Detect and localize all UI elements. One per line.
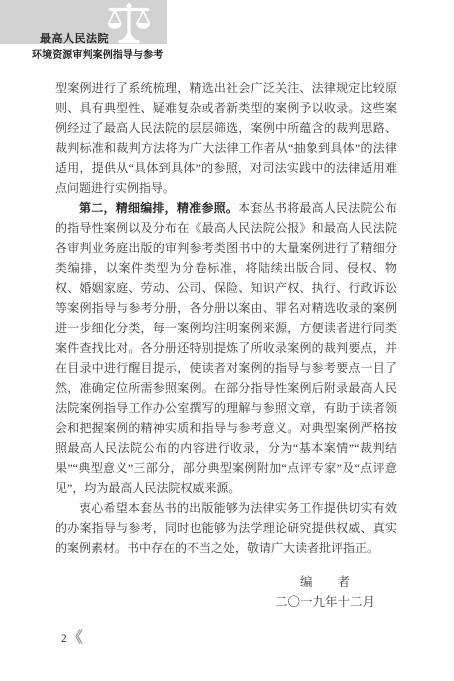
court-name: 最高人民法院: [40, 30, 109, 46]
paragraph-2-lead: 第二，精细编排，精准参照。: [79, 201, 238, 215]
signature-block: 编 者 二〇一九年十二月: [250, 572, 400, 612]
body-text: 型案例进行了系统梳理，精选出社会广泛关注、法律规定比较原则、具有典型性、疑难复杂…: [55, 78, 397, 558]
paragraph-3: 衷心希望本套丛书的出版能够为法律实务工作提供切实有效的办案指导与参考，同时也能够…: [55, 498, 397, 558]
signature-date: 二〇一九年十二月: [250, 592, 400, 612]
paragraph-2: 第二，精细编排，精准参照。本套丛书将最高人民法院公布的指导性案例以及分布在《最高…: [55, 198, 397, 498]
paragraph-2-text: 本套丛书将最高人民法院公布的指导性案例以及分布在《最高人民法院公报》和最高人民法…: [55, 201, 397, 495]
book-title: 环境资源审判案例指导与参考: [32, 46, 163, 61]
paragraph-1-text: 型案例进行了系统梳理，精选出社会广泛关注、法律规定比较原则、具有典型性、疑难复杂…: [55, 81, 397, 195]
paragraph-1: 型案例进行了系统梳理，精选出社会广泛关注、法律规定比较原则、具有典型性、疑难复杂…: [55, 78, 397, 198]
scales-of-justice-icon: [106, 2, 152, 44]
editor-signature: 编 者: [250, 572, 400, 592]
book-page: 最高人民法院 环境资源审判案例指导与参考 型案例进行了系统梳理，精选出社会广泛关…: [0, 0, 454, 681]
paragraph-3-text: 衷心希望本套丛书的出版能够为法律实务工作提供切实有效的办案指导与参考，同时也能够…: [55, 501, 397, 555]
page-footer: 2 《: [61, 631, 83, 646]
page-number: 2: [61, 633, 67, 645]
guillemet-icon: 《: [68, 631, 83, 646]
